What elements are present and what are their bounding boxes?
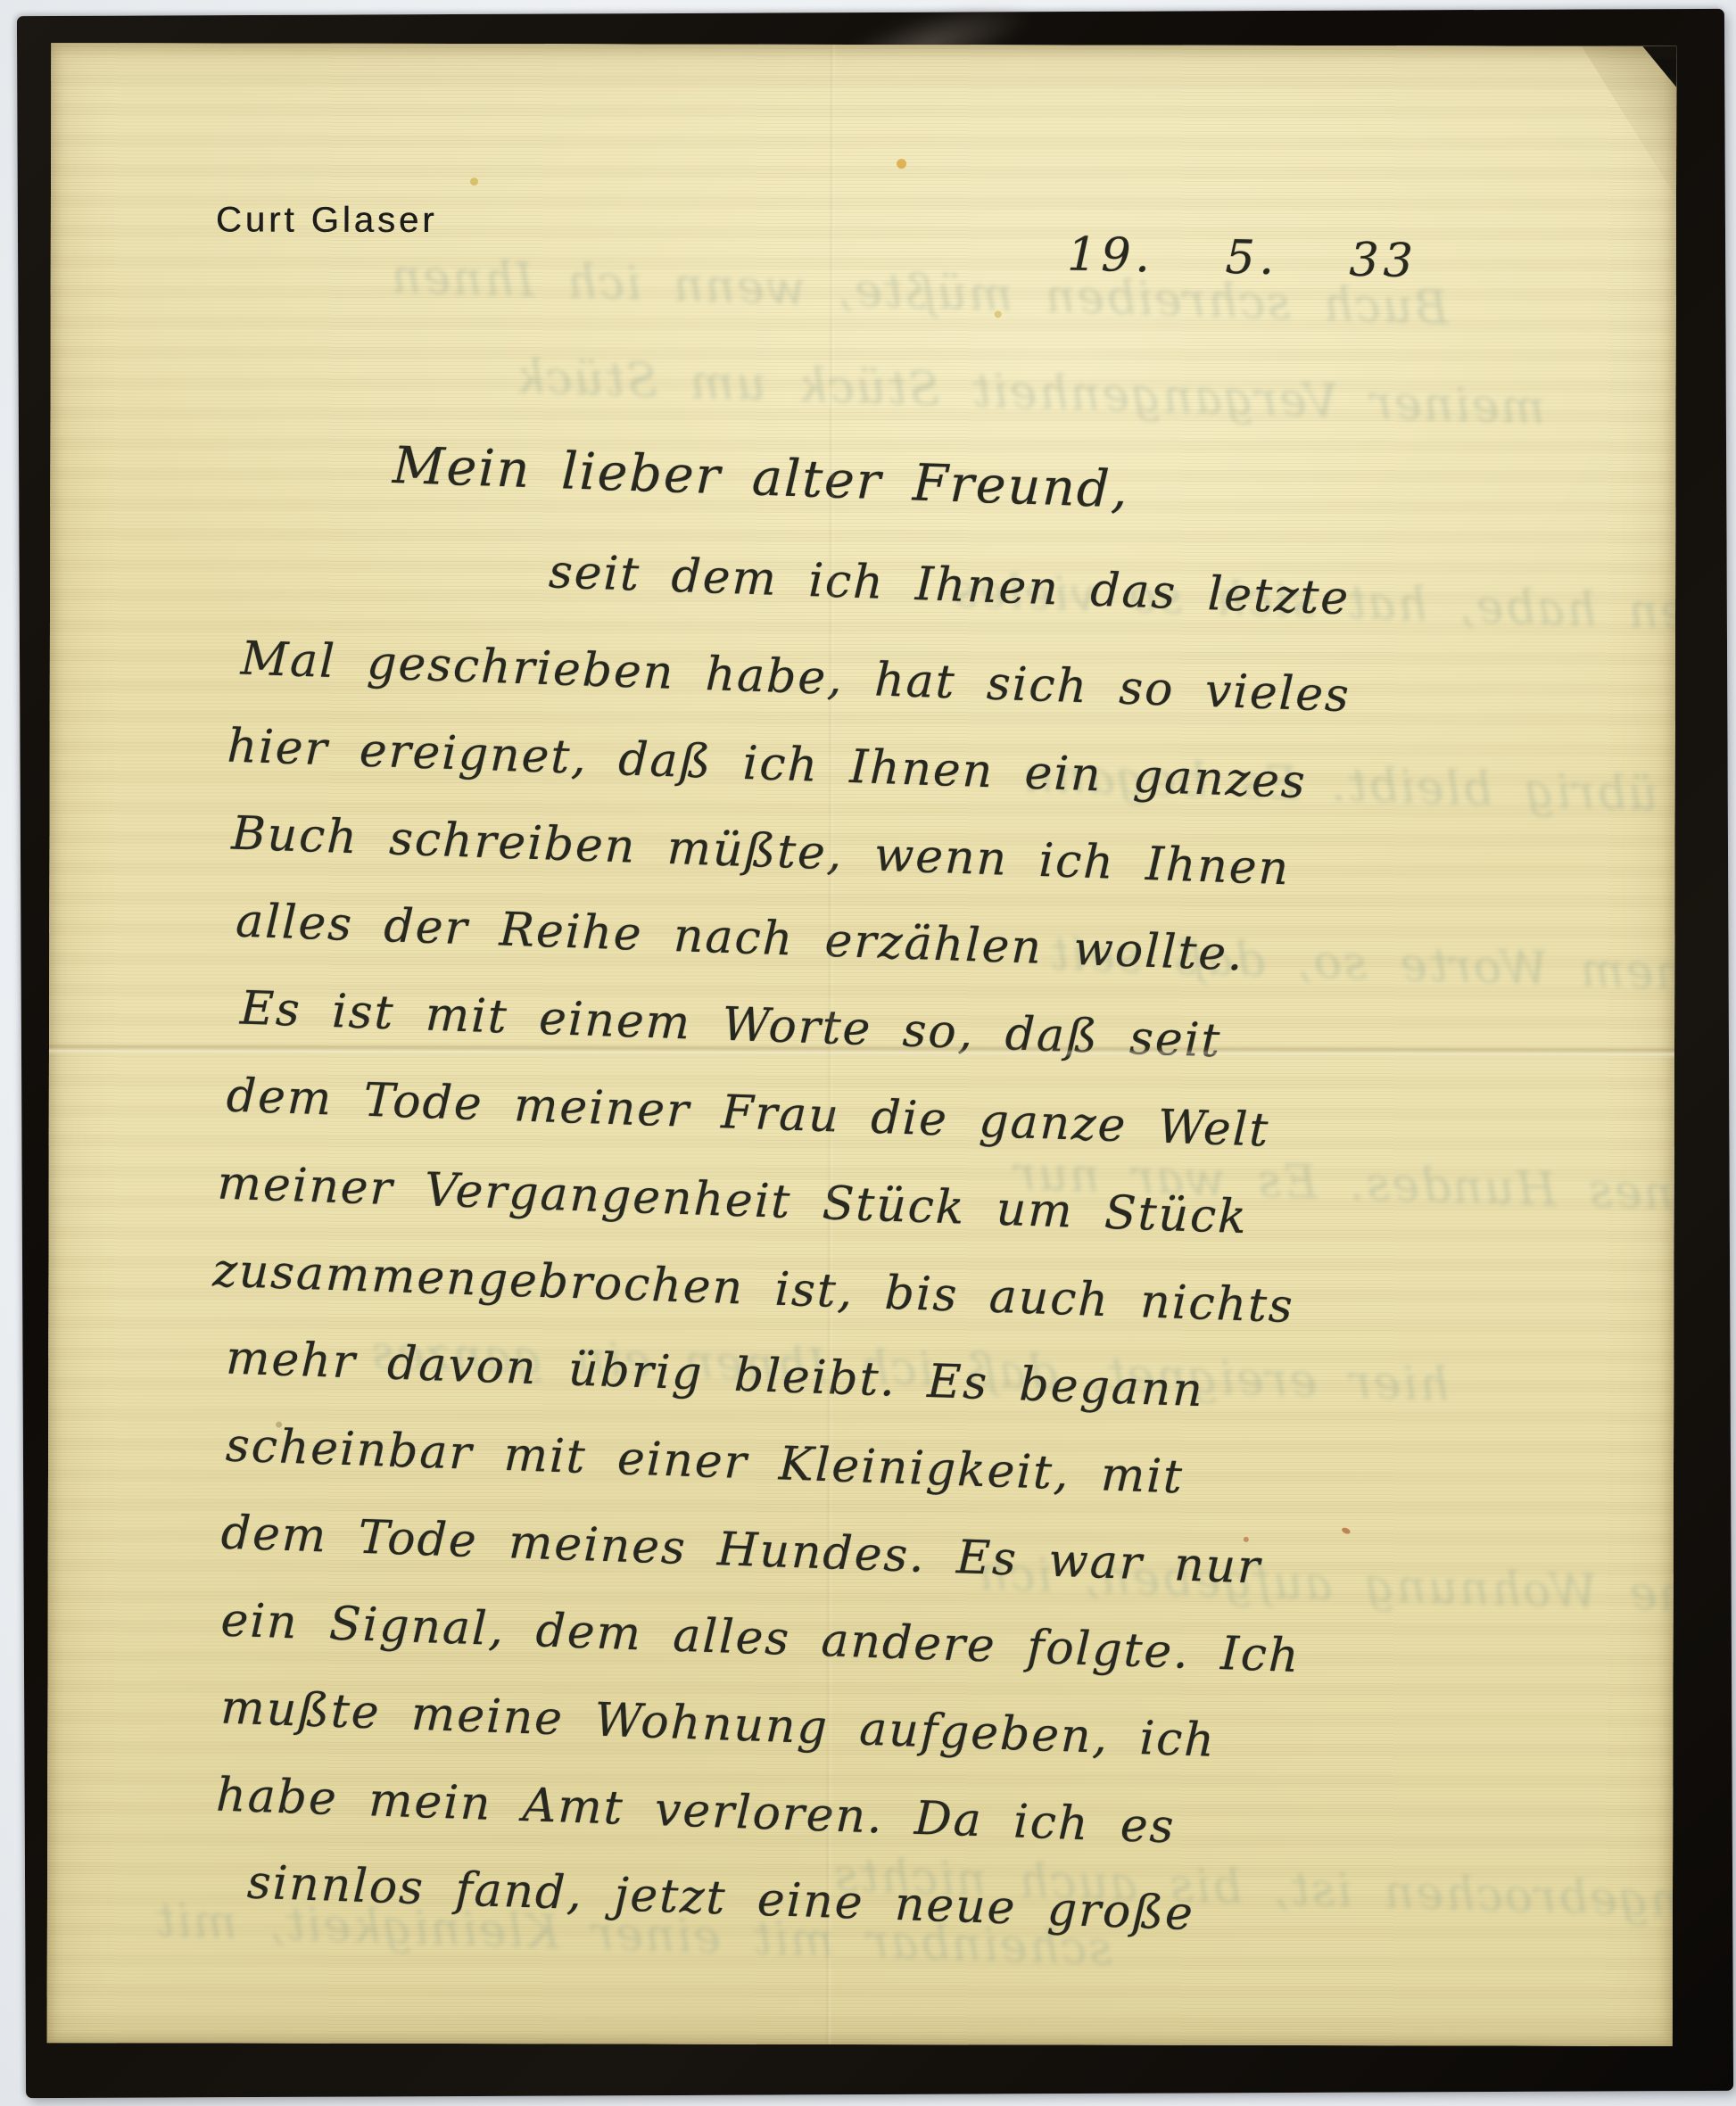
letterhead-name: Curt Glaser [216, 200, 438, 241]
handwriting-line: habe mein Amt verloren. Da ich es [215, 1768, 1176, 1854]
handwriting-line: mußte meine Wohnung aufgeben, ich [219, 1681, 1216, 1767]
rust-speck [1341, 1526, 1352, 1535]
corner-dogear-notch [1642, 46, 1676, 87]
paper-speck [995, 310, 1002, 318]
letter-date: 19. 5. 33 [1067, 227, 1418, 288]
handwriting-line: zusammengebrochen ist, bis auch nichts [212, 1243, 1295, 1334]
handwriting-line: scheinbar mit einer Kleinigkeit, mit [225, 1419, 1185, 1505]
handwriting-line: Mal geschrieben habe, hat sich so vieles [240, 632, 1352, 723]
scanned-letter-page: Buch schreiben müßte, wenn ich Ihnen mei… [0, 0, 1736, 2106]
letter-paper: Buch schreiben müßte, wenn ich Ihnen mei… [47, 43, 1677, 2046]
rust-speck [1244, 1537, 1249, 1542]
handwriting-line: ein Signal, dem alles andere folgte. Ich [220, 1593, 1302, 1683]
paper-speck [276, 1422, 282, 1428]
handwriting-line: hier ereignet, daß ich Ihnen ein ganzes [227, 720, 1308, 810]
salutation-line: Mein lieber alter Freund, [392, 436, 1129, 520]
paper-speck [470, 178, 478, 186]
handwriting-line: alles der Reihe nach erzählen wollte. [235, 895, 1244, 982]
handwriting-line: Es ist mit einem Worte so, daß seit [239, 982, 1222, 1069]
handwriting-line: dem Tode meines Hundes. Es war nur [220, 1506, 1262, 1594]
bleedthrough-line: meiner Vergangenheit Stück um Stück [514, 351, 1546, 435]
paper-speck [897, 159, 906, 169]
handwriting-line: Buch schreiben müßte, wenn ich Ihnen [231, 807, 1291, 896]
handwriting-line: dem Tode meiner Frau die ganze Welt [226, 1070, 1270, 1158]
